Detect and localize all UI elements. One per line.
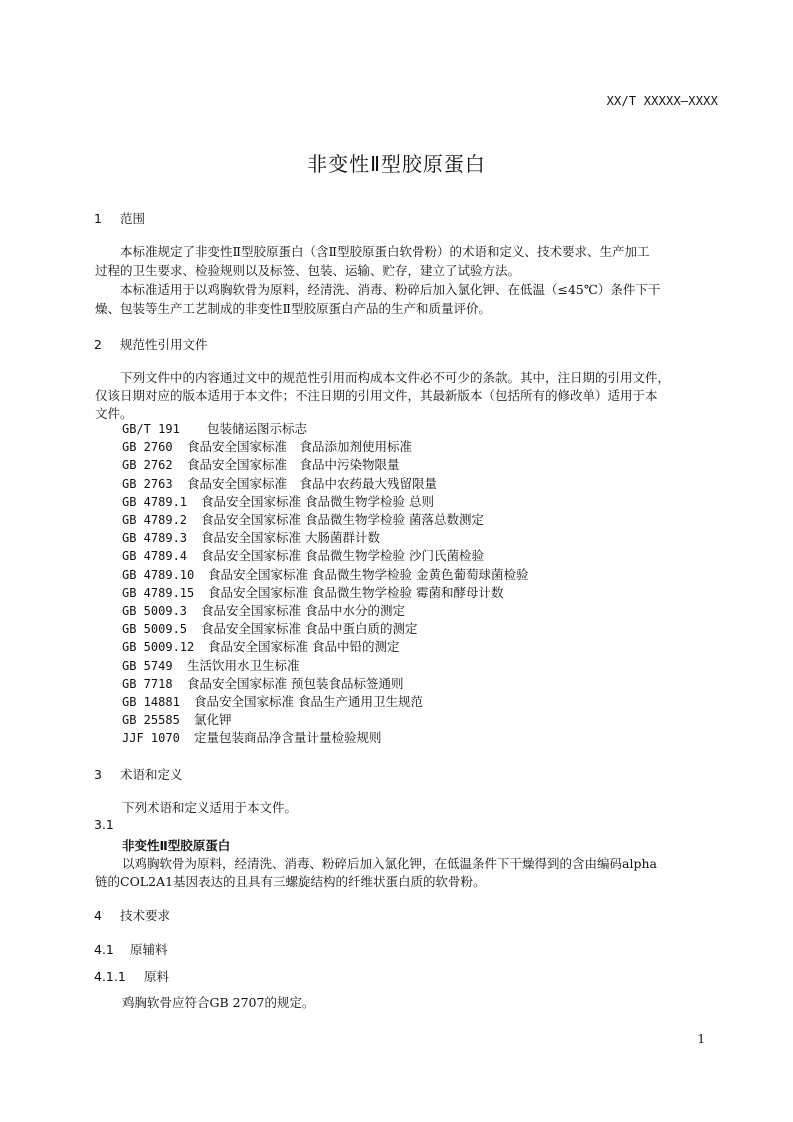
reference-code: GB 5749: [122, 657, 187, 675]
reference-item: JJF 1070定量包装商品净含量计量检验规则: [122, 729, 528, 747]
reference-title: 定量包装商品净含量计量检验规则: [194, 729, 382, 747]
reference-item: GB 5009.5食品安全国家标准 食品中蛋白质的测定: [122, 620, 528, 638]
reference-code: GB 2762: [122, 456, 187, 474]
reference-item: GB 4789.15食品安全国家标准 食品微生物学检验 霉菌和酵母计数: [122, 584, 528, 602]
reference-item: GB/T 191包装储运图示标志: [122, 420, 528, 438]
reference-title: 食品安全国家标准 食品中水分的测定: [201, 602, 405, 620]
reference-code: GB 4789.1: [122, 493, 201, 511]
section-number: 1: [94, 211, 120, 226]
section-title: 范围: [120, 211, 145, 226]
reference-item: GB 4789.10食品安全国家标准 食品微生物学检验 金黄色葡萄球菌检验: [122, 566, 528, 584]
section-number: 2: [94, 337, 120, 352]
section-title: 技术要求: [120, 908, 170, 923]
term-name: 非变性Ⅱ型胶原蛋白: [122, 836, 230, 854]
reference-code: GB 14881: [122, 693, 194, 711]
reference-item: GB 4789.2食品安全国家标准 食品微生物学检验 菌落总数测定: [122, 511, 528, 529]
term-number: 3.1: [94, 817, 114, 832]
document-title: 非变性Ⅱ型胶原蛋白: [0, 148, 793, 177]
reference-code: GB/T 191: [122, 420, 207, 438]
document-page: XX/T XXXXX—XXXX 非变性Ⅱ型胶原蛋白 1范围 本标准规定了非变性Ⅱ…: [0, 0, 793, 1122]
term-definition-line-1: 以鸡胸软骨为原料，经清洗、消毒、粉碎后加入氯化钾，在低温条件下干燥得到的含由编码…: [122, 854, 657, 872]
reference-item: GB 5009.12食品安全国家标准 食品中铅的测定: [122, 638, 528, 656]
reference-code: GB 4789.2: [122, 511, 201, 529]
reference-code: GB 5009.12: [122, 638, 208, 656]
reference-item: GB 4789.4食品安全国家标准 食品微生物学检验 沙门氏菌检验: [122, 547, 528, 565]
reference-item: GB 25585氯化钾: [122, 711, 528, 729]
reference-code: GB 2763: [122, 475, 187, 493]
scope-para-2-line-1: 本标准适用于以鸡胸软骨为原料，经清洗、消毒、粉碎后加入氯化钾、在低温（≤45℃）…: [120, 280, 660, 298]
reference-item: GB 5749生活饮用水卫生标准: [122, 657, 528, 675]
subsubsection-title: 原料: [144, 969, 169, 984]
raw-material-requirement: 鸡胸软骨应符合GB 2707的规定。: [122, 993, 314, 1011]
reference-title: 食品安全国家标准 食品微生物学检验 沙门氏菌检验: [201, 547, 484, 565]
reference-list: GB/T 191包装储运图示标志 GB 2760食品安全国家标准 食品添加剂使用…: [122, 420, 528, 748]
reference-code: GB 4789.10: [122, 566, 208, 584]
reference-item: GB 14881食品安全国家标准 食品生产通用卫生规范: [122, 693, 528, 711]
scope-para-1-line-2: 过程的卫生要求、检验规则以及标签、包装、运输、贮存，建立了试验方法。: [95, 261, 520, 279]
section-title: 规范性引用文件: [120, 337, 208, 352]
reference-code: GB 7718: [122, 675, 187, 693]
section-number: 4: [94, 908, 120, 923]
refs-intro-line-1: 下列文件中的内容通过文中的规范性引用而构成本文件必不可少的条款。其中，注日期的引…: [120, 368, 670, 386]
reference-title: 氯化钾: [194, 711, 232, 729]
scope-para-2-line-2: 燥、包装等生产工艺制成的非变性Ⅱ型胶原蛋白产品的生产和质量评价。: [95, 299, 491, 317]
reference-title: 食品安全国家标准 食品中蛋白质的测定: [201, 620, 417, 638]
reference-title: 生活饮用水卫生标准: [187, 657, 300, 675]
reference-title: 食品安全国家标准 食品添加剂使用标准: [187, 438, 412, 456]
reference-code: GB 5009.5: [122, 620, 201, 638]
section-heading-technical-requirements: 4技术要求: [94, 906, 170, 924]
reference-code: GB 4789.3: [122, 529, 201, 547]
standard-code: XX/T XXXXX—XXXX: [607, 94, 718, 108]
reference-code: GB 5009.3: [122, 602, 201, 620]
reference-title: 食品安全国家标准 食品微生物学检验 霉菌和酵母计数: [208, 584, 503, 602]
reference-code: GB 4789.4: [122, 547, 201, 565]
reference-item: GB 4789.3食品安全国家标准 大肠菌群计数: [122, 529, 528, 547]
reference-code: JJF 1070: [122, 729, 194, 747]
reference-item: GB 5009.3食品安全国家标准 食品中水分的测定: [122, 602, 528, 620]
page-number: 1: [697, 1032, 705, 1046]
reference-item: GB 2760食品安全国家标准 食品添加剂使用标准: [122, 438, 528, 456]
reference-title: 食品安全国家标准 食品生产通用卫生规范: [194, 693, 423, 711]
section-heading-normative-references: 2规范性引用文件: [94, 335, 208, 353]
reference-item: GB 2763食品安全国家标准 食品中农药最大残留限量: [122, 475, 528, 493]
reference-code: GB 4789.15: [122, 584, 208, 602]
subsection-heading-raw-materials: 4.1原辅料: [94, 940, 168, 958]
section-heading-terms: 3术语和定义: [94, 765, 183, 783]
reference-title: 食品安全国家标准 预包装食品标签通则: [187, 675, 403, 693]
reference-item: GB 4789.1食品安全国家标准 食品微生物学检验 总则: [122, 493, 528, 511]
subsubsection-number: 4.1.1: [94, 969, 144, 984]
reference-title: 食品安全国家标准 食品中污染物限量: [187, 456, 400, 474]
reference-title: 食品安全国家标准 食品微生物学检验 总则: [201, 493, 434, 511]
reference-item: GB 7718食品安全国家标准 预包装食品标签通则: [122, 675, 528, 693]
reference-title: 食品安全国家标准 大肠菌群计数: [201, 529, 380, 547]
term-definition-line-2: 链的COL2A1基因表达的且具有三螺旋结构的纤维状蛋白质的软骨粉。: [95, 872, 486, 890]
reference-title: 食品安全国家标准 食品中农药最大残留限量: [187, 475, 437, 493]
section-heading-scope: 1范围: [94, 209, 145, 227]
reference-item: GB 2762食品安全国家标准 食品中污染物限量: [122, 456, 528, 474]
scope-para-1-line-1: 本标准规定了非变性Ⅱ型胶原蛋白（含Ⅱ型胶原蛋白软骨粉）的术语和定义、技术要求、生…: [120, 242, 650, 260]
reference-title: 食品安全国家标准 食品中铅的测定: [208, 638, 399, 656]
reference-title: 食品安全国家标准 食品微生物学检验 金黄色葡萄球菌检验: [208, 566, 528, 584]
terms-intro: 下列术语和定义适用于本文件。: [122, 798, 297, 816]
reference-title: 包装储运图示标志: [207, 420, 307, 438]
reference-title: 食品安全国家标准 食品微生物学检验 菌落总数测定: [201, 511, 484, 529]
reference-code: GB 2760: [122, 438, 187, 456]
subsection-title: 原辅料: [130, 942, 168, 957]
subsubsection-heading-raw-material: 4.1.1原料: [94, 967, 169, 985]
subsection-number: 4.1: [94, 942, 130, 957]
section-title: 术语和定义: [120, 767, 183, 782]
refs-intro-line-2: 仅该日期对应的版本适用于本文件；不注日期的引用文件，其最新版本（包括所有的修改单…: [95, 386, 658, 404]
section-number: 3: [94, 767, 120, 782]
reference-code: GB 25585: [122, 711, 194, 729]
